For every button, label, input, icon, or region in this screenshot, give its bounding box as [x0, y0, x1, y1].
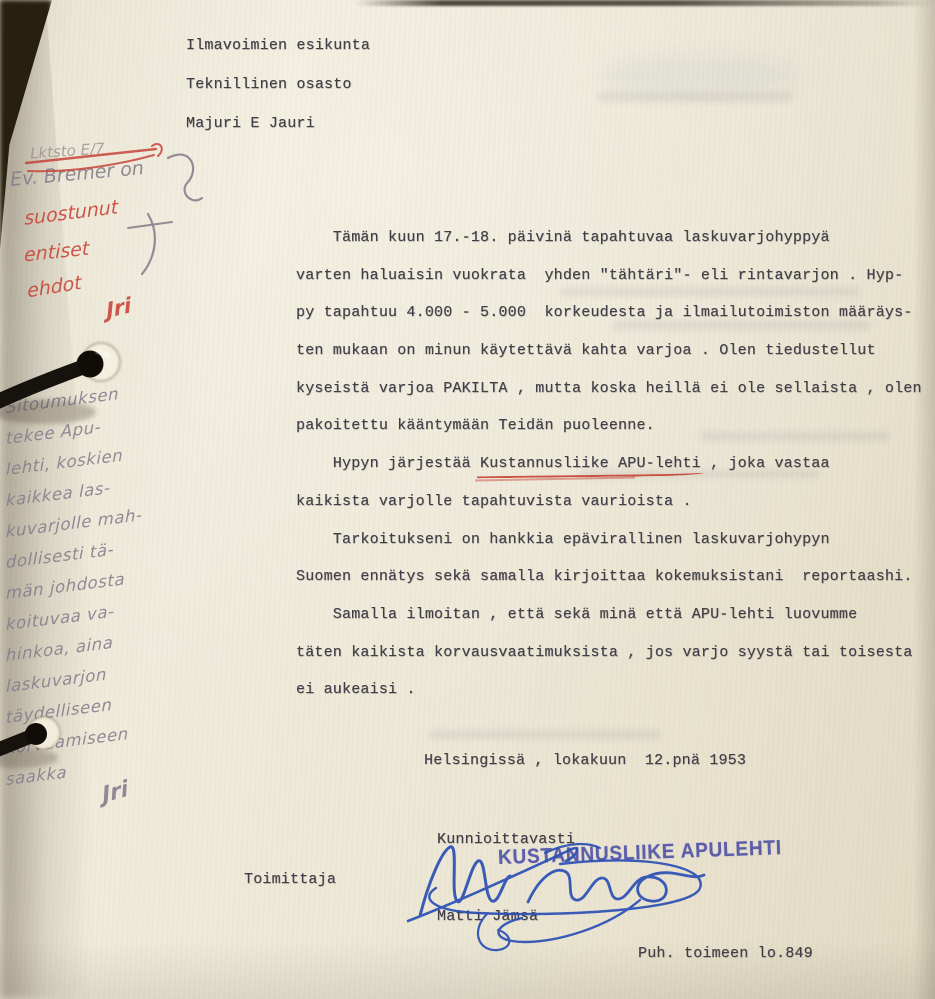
typed-line: täten kaikista korvausvaatimuksista , jo…: [296, 634, 922, 672]
red-underlined-text: Kustannusliike APU-lehti: [480, 455, 701, 472]
sender-name-typed: Matti Jämsä: [437, 908, 538, 925]
text-segment: Hypyn järjestää: [296, 455, 480, 472]
routing-note-struck: Lktsto E/7: [29, 139, 105, 162]
text-segment: , joka vastaa: [701, 455, 830, 472]
header-line: Teknillinen osasto: [186, 65, 370, 104]
letter-photo: Ilmavoimien esikuntaTeknillinen osastoMa…: [0, 0, 935, 999]
header-line: Majuri E Jauri: [186, 104, 370, 143]
typed-line: varten haluaisin vuokrata yhden "tähtäri…: [296, 257, 922, 295]
top-edge-shadow: [355, 0, 935, 6]
sender-role: Toimittaja: [244, 871, 336, 888]
bleedthrough-text: [430, 730, 660, 739]
typed-line: Samalla ilmoitan , että sekä minä että A…: [296, 596, 922, 634]
margin-note: Sitoumuksentekee Apu-lehti, koskienkaikk…: [6, 392, 144, 795]
typed-line: py tapahtuu 4.000 - 5.000 korkeudesta ja…: [296, 294, 922, 332]
typed-line: Hypyn järjestää Kustannusliike APU-lehti…: [296, 445, 922, 483]
bleedthrough-text: [598, 92, 793, 102]
typed-line: ten mukaan on minun käytettävä kahta var…: [296, 332, 922, 370]
typed-line: Tämän kuun 17.-18. päivinä tapahtuvaa la…: [296, 219, 922, 257]
phone-line: Puh. toimeen lo.849: [638, 945, 813, 962]
typed-line: kaikista varjolle tapahtuvista vaurioist…: [296, 483, 922, 521]
date-line: Helsingissä , lokakuun 12.pnä 1953: [424, 752, 746, 769]
typed-line: Suomen ennätys sekä samalla kirjoittaa k…: [296, 558, 922, 596]
letter-body: Tämän kuun 17.-18. päivinä tapahtuvaa la…: [296, 219, 922, 709]
header-line: Ilmavoimien esikunta: [186, 26, 370, 65]
pencil-initials: Jri: [101, 777, 130, 809]
typed-line: pakoitettu kääntymään Teidän puoleenne.: [296, 407, 922, 445]
typed-line: Tarkoitukseni on hankkia epävirallinen l…: [296, 521, 922, 559]
letter-header: Ilmavoimien esikuntaTeknillinen osastoMa…: [186, 26, 370, 143]
typed-line: ei aukeaisi .: [296, 671, 922, 709]
typed-line: kyseistä varjoa PAKILTA , mutta koska he…: [296, 370, 922, 408]
red-initials: Jri: [105, 293, 132, 323]
ink-smudge: [600, 55, 800, 95]
